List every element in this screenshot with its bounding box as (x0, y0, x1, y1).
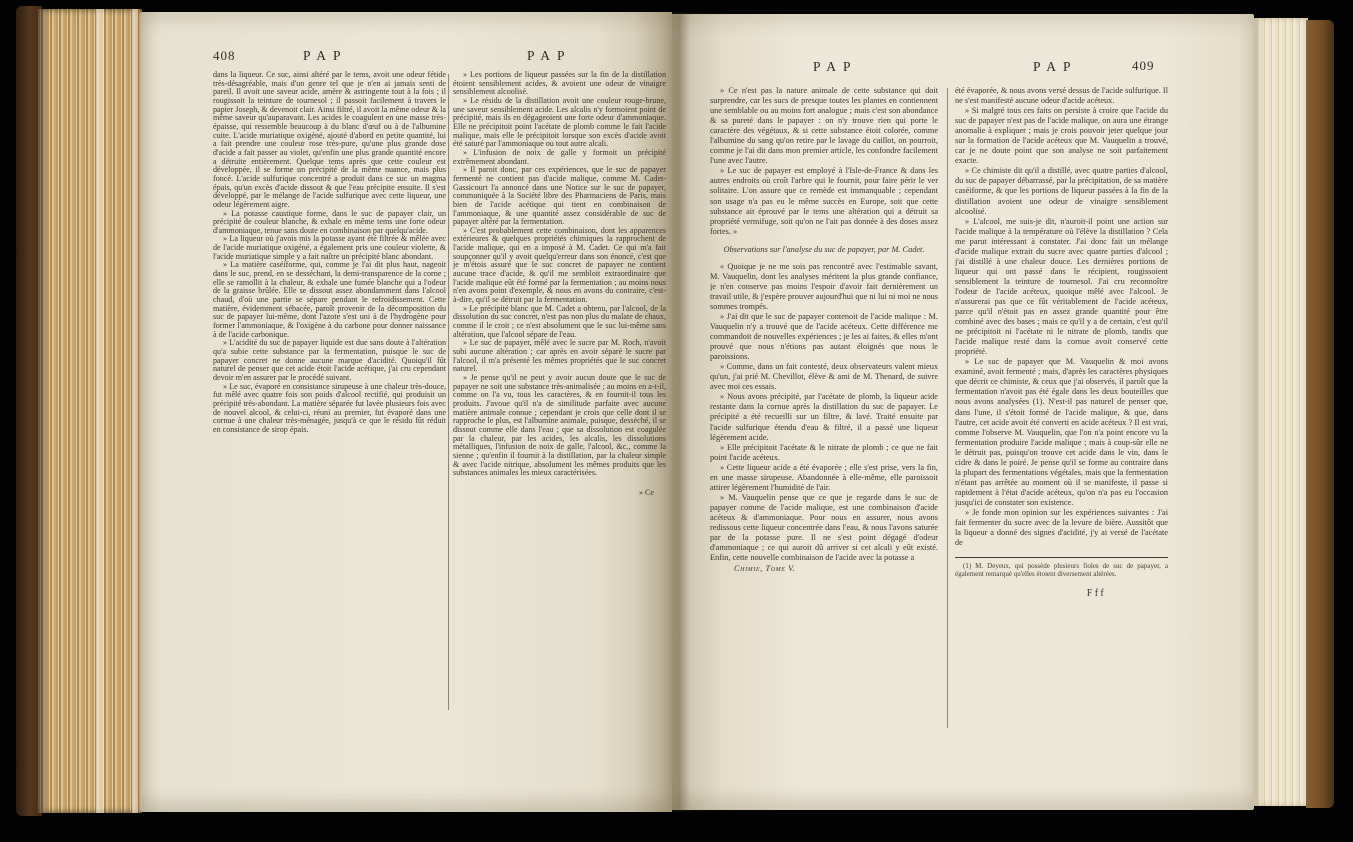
paragraph: » Je pense qu'il ne peut y avoir aucun d… (453, 374, 666, 478)
footnote-rule (955, 557, 1168, 558)
page-number-right: 409 (1132, 58, 1155, 74)
paragraph: » Elle précipitoit l'acétate & le nitrat… (710, 443, 938, 463)
heading: Observations sur l'analyse du suc de pap… (716, 245, 932, 255)
signature-line: Chimie, Tome V. (710, 564, 938, 574)
paragraph: » La matière caséiforme, qui, comme je l… (213, 261, 446, 339)
paragraph: » Le suc, évaporé en consistance sirupeu… (213, 383, 446, 435)
paragraph: » Le résidu de la distillation avoit une… (453, 97, 666, 149)
paragraph: » L'acidité du suc de papayer liquide es… (213, 339, 446, 382)
paragraph: » Le précipité blanc que M. Cadet a obte… (453, 305, 666, 340)
signature-mark: Fff (955, 589, 1168, 599)
paragraph: » La liqueur où j'avois mis la potasse a… (213, 235, 446, 261)
text-column: » Les portions de liqueur passées sur la… (453, 71, 666, 723)
running-head: PAP (527, 48, 572, 64)
page-edges-right (1254, 18, 1308, 806)
text-column: été évaporée, & nous avons versé dessus … (955, 86, 1168, 752)
text-column: dans la liqueur. Ce suc, ainsi altéré pa… (213, 71, 446, 715)
page-edges-left (38, 9, 142, 813)
catchword: » Ce (453, 489, 666, 498)
paragraph: » Comme, dans un fait contesté, deux obs… (710, 362, 938, 392)
page-edge-highlight (132, 9, 138, 813)
paragraph: » Le suc de papayer que M. Vauquelin & m… (955, 357, 1168, 508)
paragraph: » La potasse caustique forme, dans le su… (213, 210, 446, 236)
footnote: (1) M. Deyeux, qui possède plusieurs fio… (955, 563, 1168, 578)
column-divider (947, 88, 948, 728)
page-number-left: 408 (213, 48, 236, 64)
paragraph: dans la liqueur. Ce suc, ainsi altéré pa… (213, 71, 446, 210)
paragraph: » Le suc de papayer est employé à l'Isle… (710, 166, 938, 236)
column-divider (448, 74, 449, 710)
paragraph: » Ce n'est pas la nature animale de cett… (710, 86, 938, 166)
running-head: PAP (813, 59, 858, 75)
running-head: PAP (1033, 59, 1078, 75)
page-edge-highlight (96, 9, 104, 813)
running-head: PAP (303, 48, 348, 64)
paragraph: » C'est probablement cette combinaison, … (453, 227, 666, 305)
paragraph: » L'alcool, me suis-je dit, n'auroit-il … (955, 217, 1168, 358)
paragraph: » Je fonde mon opinion sur les expérienc… (955, 508, 1168, 548)
paragraph: « Quoique je ne me sois pas rencontré av… (710, 262, 938, 312)
paragraph: » M. Vauquelin pense que ce que je regar… (710, 493, 938, 563)
text-column: » Ce n'est pas la nature animale de cett… (710, 86, 938, 738)
paragraph: été évaporée, & nous avons versé dessus … (955, 86, 1168, 106)
paragraph: » Il paroit donc, par ces expériences, q… (453, 166, 666, 227)
book-scan: 408 PAP PAP dans la liqueur. Ce suc, ain… (0, 0, 1353, 842)
paragraph: » Ce chimiste dit qu'il a distillé, avec… (955, 166, 1168, 216)
paragraph: » J'ai dit que le suc de papayer conteno… (710, 312, 938, 362)
paragraph: » Nous avons précipité, par l'acétate de… (710, 392, 938, 442)
paragraph: » Si malgré tous ces faits on persiste à… (955, 106, 1168, 166)
paragraph: » Les portions de liqueur passées sur la… (453, 71, 666, 97)
book-cover-right-edge (1306, 20, 1334, 808)
paragraph: » L'infusion de noix de galle y formoit … (453, 149, 666, 166)
paragraph: » Cette liqueur acide a été évaporée ; e… (710, 463, 938, 493)
paragraph: » Le suc de papayer, mêlé avec le sucre … (453, 339, 666, 374)
open-book: 408 PAP PAP dans la liqueur. Ce suc, ain… (0, 0, 1353, 842)
